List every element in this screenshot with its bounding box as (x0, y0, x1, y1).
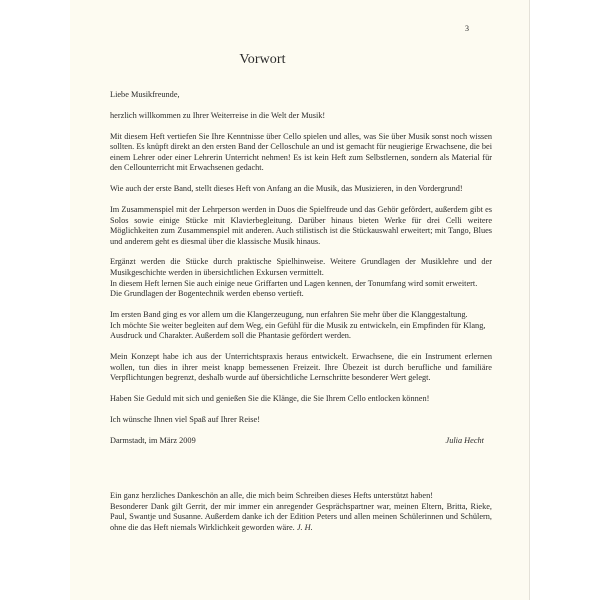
page-number: 3 (465, 24, 469, 33)
welcome-line: herzlich willkommen zu Ihrer Weiterreise… (110, 111, 492, 122)
paragraph-wish: Ich wünsche Ihnen viel Spaß auf Ihrer Re… (110, 415, 492, 426)
paragraph-patience: Haben Sie Geduld mit sich und genießen S… (110, 394, 492, 405)
supplement-line-2: In diesem Heft lernen Sie auch einige ne… (110, 279, 492, 290)
paragraph-supplement: Ergänzt werden die Stücke durch praktisc… (110, 257, 492, 299)
paragraph-concept: Mein Konzept habe ich aus der Unterricht… (110, 352, 492, 384)
thanks-line-1: Ein ganz herzliches Dankeschön an alle, … (110, 491, 492, 502)
supplement-text: Ergänzt werden die Stücke durch praktisc… (110, 257, 492, 278)
author-name: Julia Hecht (446, 436, 492, 447)
paragraph-focus: Wie auch der erste Band, stellt dieses H… (110, 184, 492, 195)
sound-line-1: Im ersten Band ging es vor allem um die … (110, 310, 492, 321)
sound-line-3: Ausdruck und Charakter. Außerdem soll di… (110, 331, 492, 342)
page-title: Vorwort (70, 52, 455, 68)
supplement-line-3: Die Grundlagen der Bogentechnik werden e… (110, 289, 492, 300)
document-page: 3 Vorwort Liebe Musikfreunde, herzlich w… (70, 0, 530, 600)
signature-row: Darmstadt, im März 2009 Julia Hecht (110, 436, 492, 447)
paragraph-ensemble: Im Zusammenspiel mit der Lehrperson werd… (110, 205, 492, 247)
sound-line-2: Ich möchte Sie weiter begleiten auf dem … (110, 321, 492, 332)
paragraph-intro: Mit diesem Heft vertiefen Sie Ihre Kennt… (110, 132, 492, 174)
place-date: Darmstadt, im März 2009 (110, 436, 196, 447)
foreword-body: Liebe Musikfreunde, herzlich willkommen … (110, 90, 492, 456)
salutation: Liebe Musikfreunde, (110, 90, 492, 101)
paragraph-sound: Im ersten Band ging es vor allem um die … (110, 310, 492, 342)
acknowledgements: Ein ganz herzliches Dankeschön an alle, … (110, 491, 492, 533)
thanks-initials: J. H. (297, 523, 313, 532)
